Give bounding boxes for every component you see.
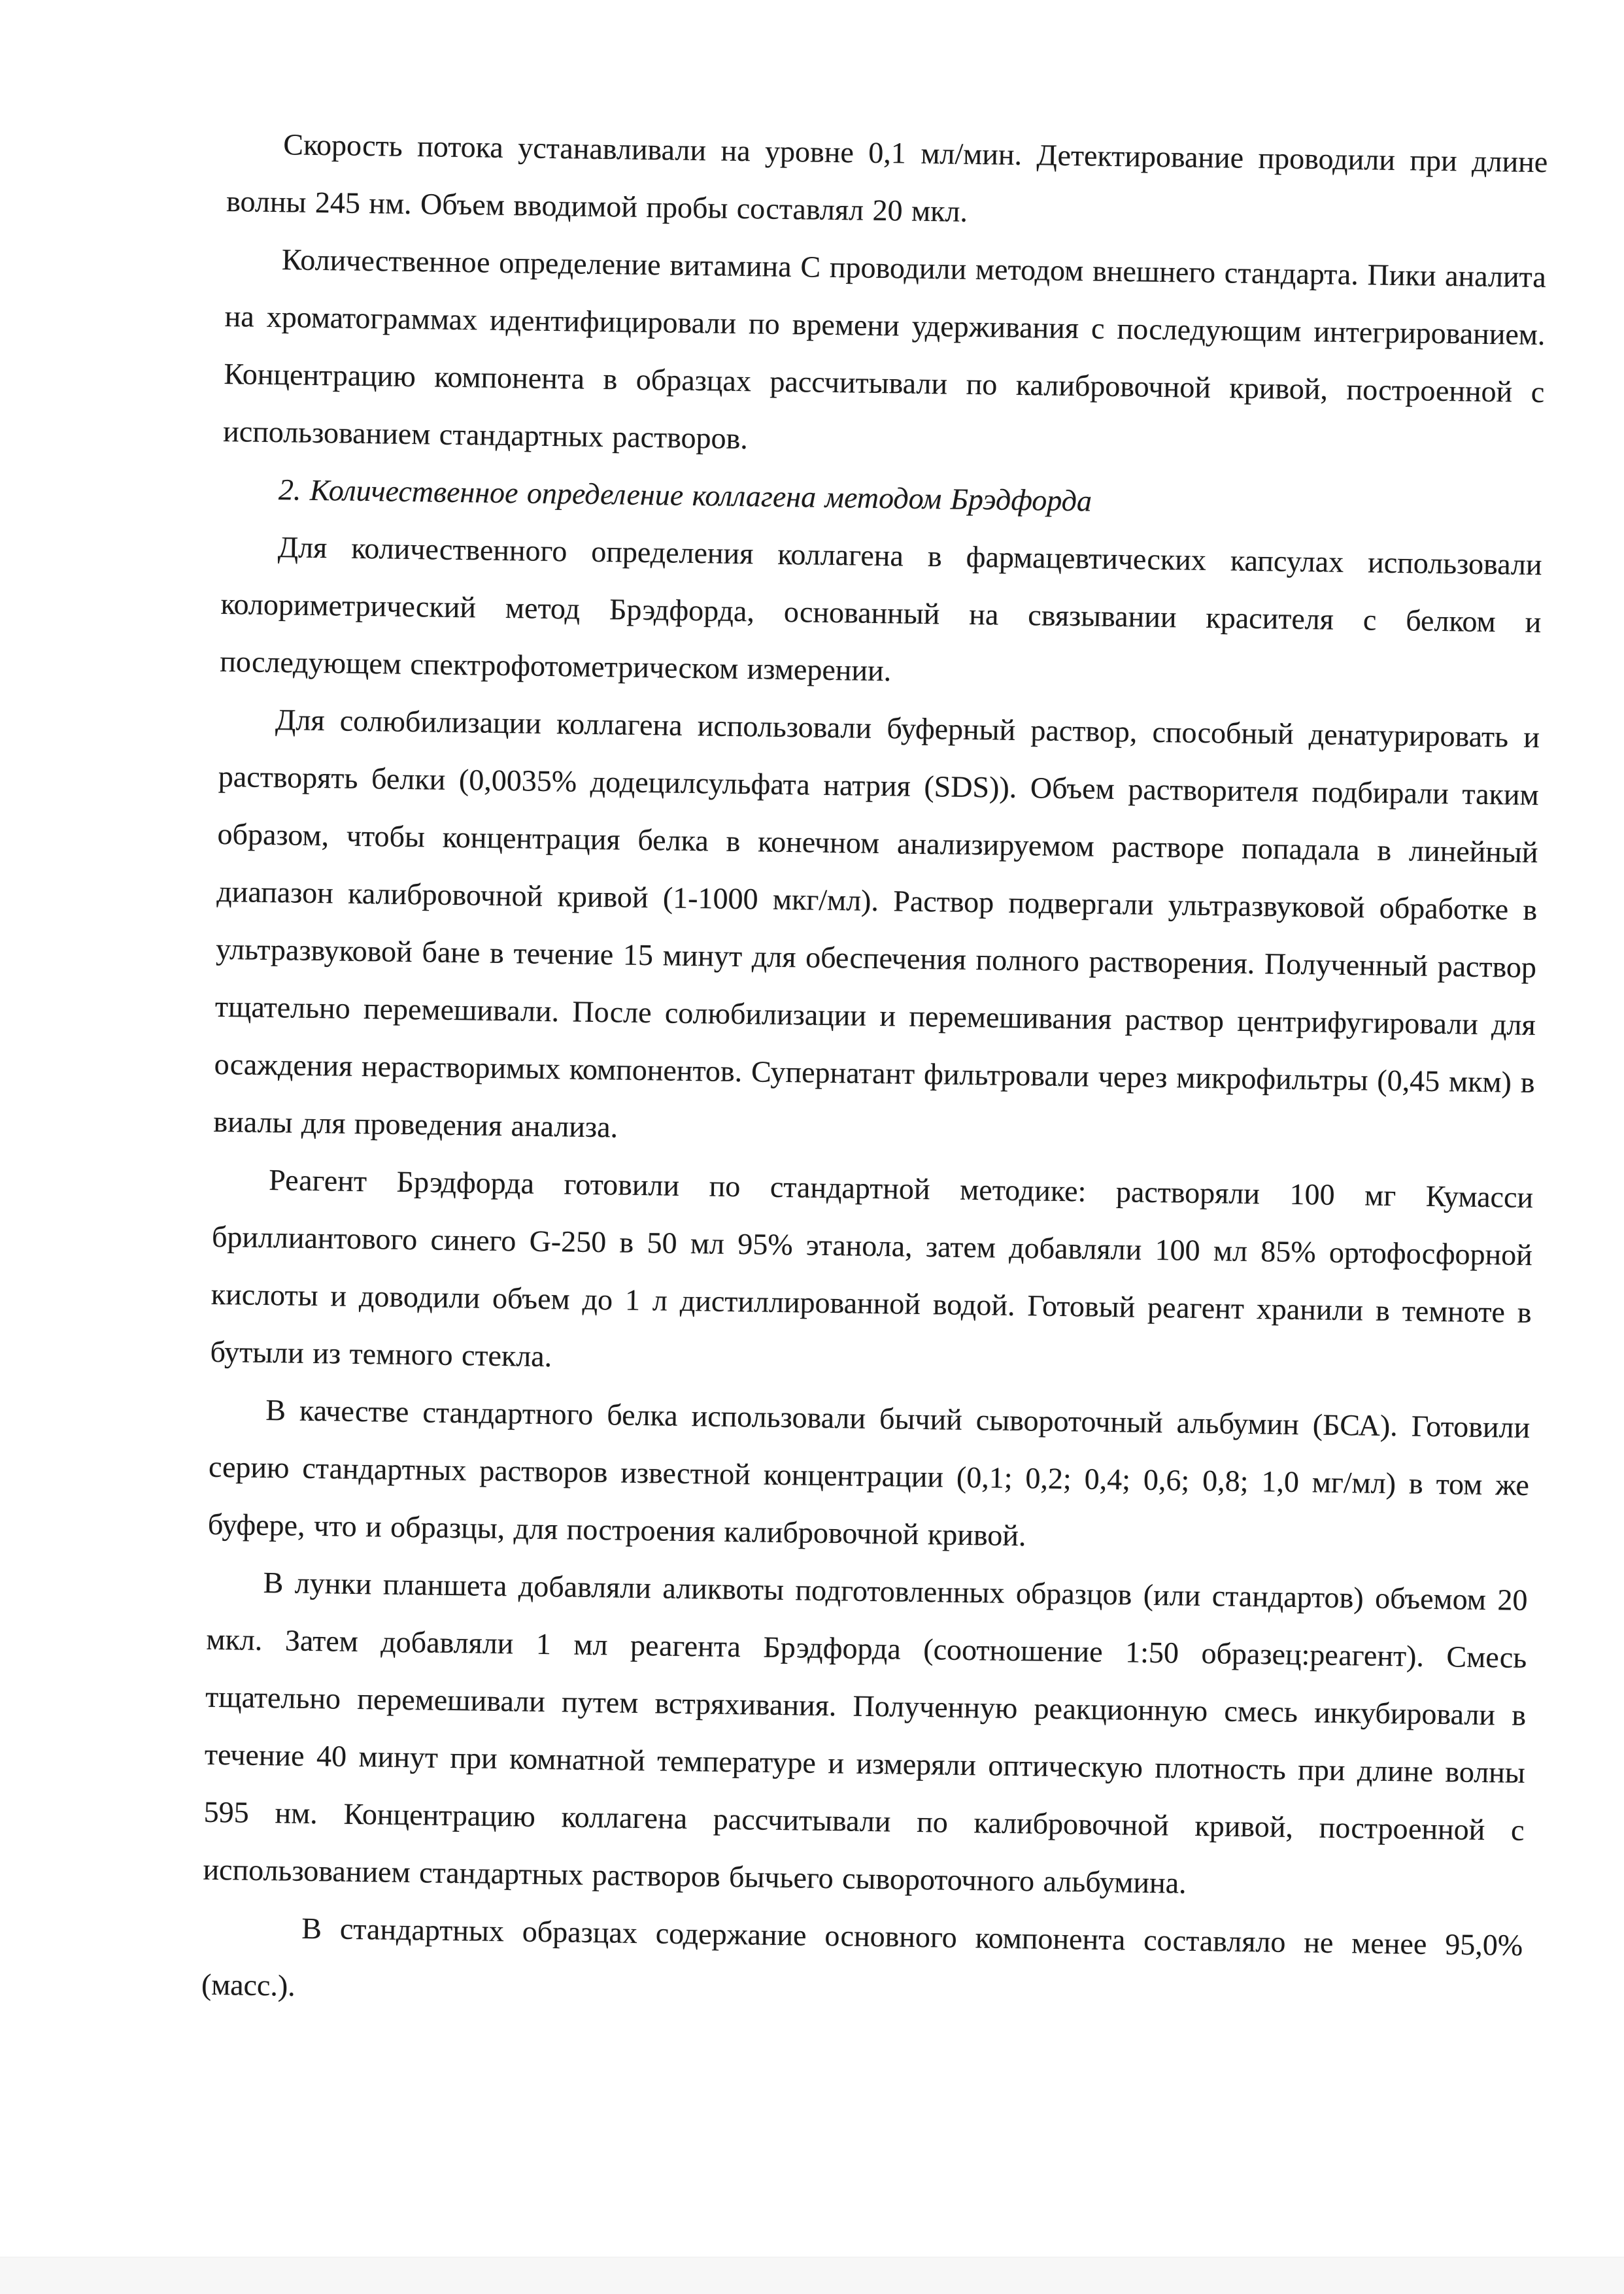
paragraph-bradford-reagent-preparation: Реагент Брэдфорда готовили по стандартно… — [210, 1151, 1534, 1399]
paragraph-plate-assay-procedure: В лунки планшета добавляли аликвоты подг… — [203, 1553, 1528, 1917]
document-page: Скорость потока устанавливали на уровне … — [0, 0, 1624, 2294]
paragraph-solubilization-procedure: Для солюбилизации коллагена использовали… — [213, 690, 1540, 1169]
scan-edge-shadow — [0, 2257, 1624, 2294]
paragraph-standard-purity: В стандартных образцах содержание основн… — [201, 1898, 1523, 2032]
paragraph-flow-rate-detection: Скорость потока устанавливали на уровне … — [226, 115, 1548, 248]
paragraph-vitamin-c-quantification: Количественное определение витамина С пр… — [223, 230, 1547, 479]
paragraph-bsa-standard-solutions: В качестве стандартного белка использова… — [207, 1381, 1530, 1572]
page-text-block: Скорость потока устанавливали на уровне … — [201, 115, 1548, 2032]
paragraph-collagen-colorimetric-method: Для количественного определения коллаген… — [220, 518, 1542, 709]
